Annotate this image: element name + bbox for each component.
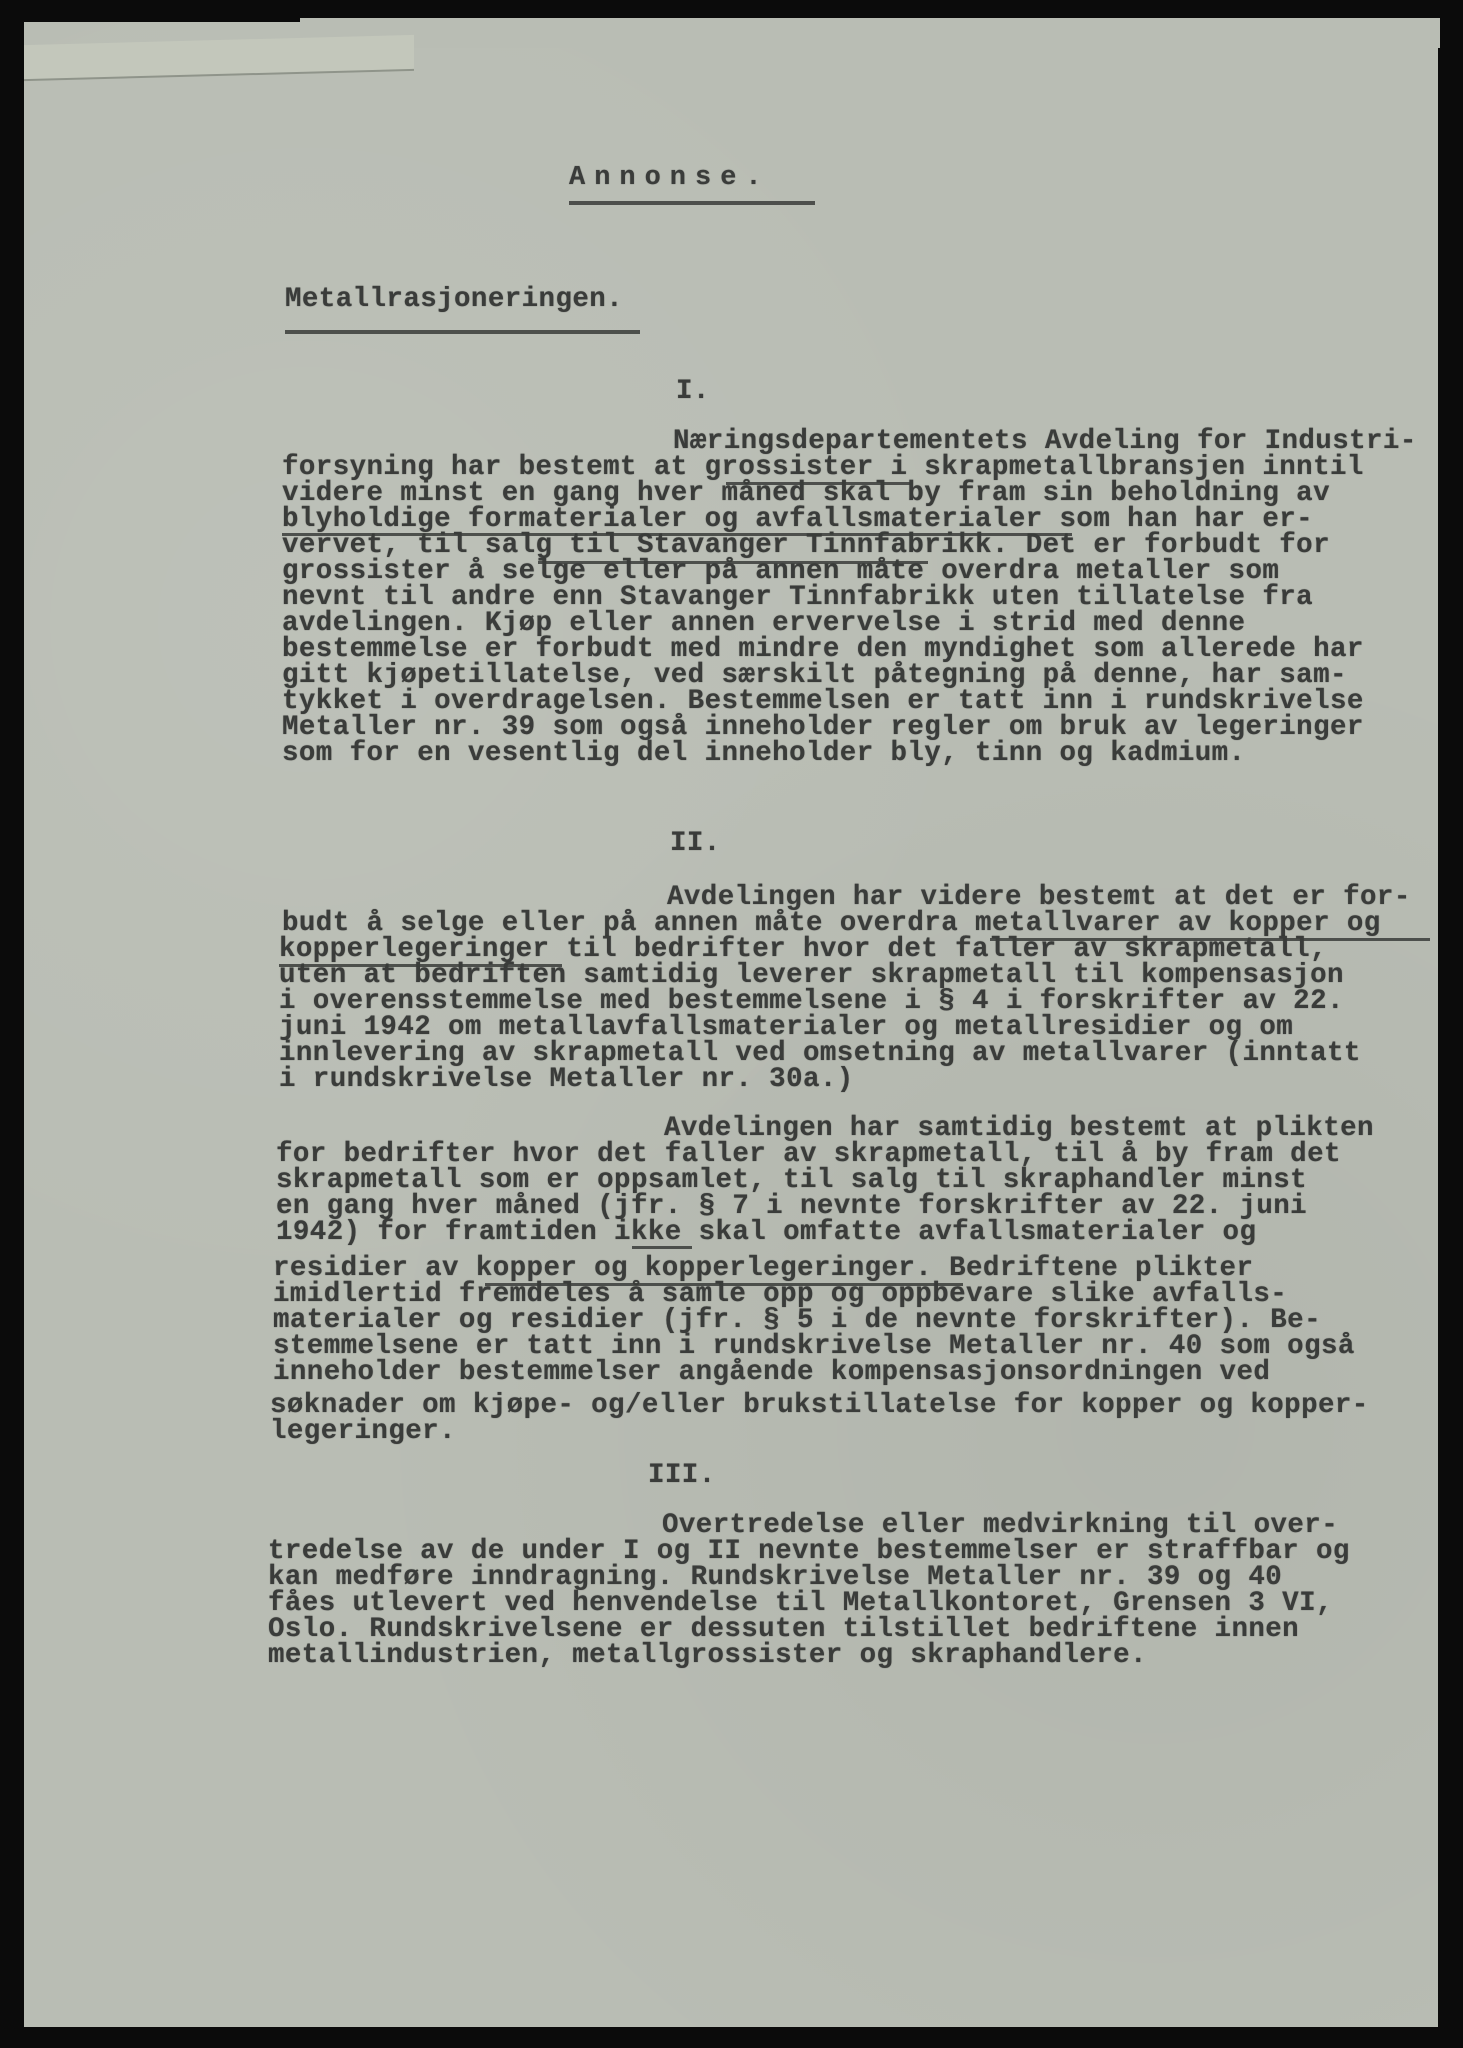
- underline-blyholdige: [282, 533, 1072, 536]
- section-numeral-iii: III.: [648, 1462, 716, 1490]
- document-title: Annonse.: [569, 164, 771, 192]
- underline-ikke: [632, 1246, 692, 1249]
- underline-kopperlegeringer: [279, 964, 562, 967]
- underline-metallvarer: [990, 938, 1430, 941]
- section-iii-line: metallindustrien, metallgrossister og sk…: [268, 1642, 1147, 1670]
- section-numeral-i: I.: [676, 378, 710, 406]
- underline-grossister: [726, 482, 912, 485]
- section-numeral-ii: II.: [670, 830, 721, 858]
- section-i-line: som for en vesentlig del inneholder bly,…: [282, 740, 1245, 768]
- section-ii-line: 1942) for framtiden ikke skal omfatte av…: [276, 1219, 1256, 1247]
- underline-kopper-og-kopperlegeringer: [485, 1283, 963, 1286]
- section-ii-line: i rundskrivelse Metaller nr. 30a.): [279, 1066, 854, 1094]
- section-ii-line: legeringer.: [270, 1418, 456, 1446]
- underline-stavanger-tinnfabrikk: [538, 561, 928, 564]
- paper-top-edge: [300, 18, 1440, 48]
- document-subtitle: Metallrasjoneringen.: [285, 286, 623, 314]
- subtitle-underline: [285, 330, 640, 334]
- title-underline: [569, 201, 815, 205]
- section-ii-line: inneholder bestemmelser angående kompens…: [273, 1359, 1270, 1387]
